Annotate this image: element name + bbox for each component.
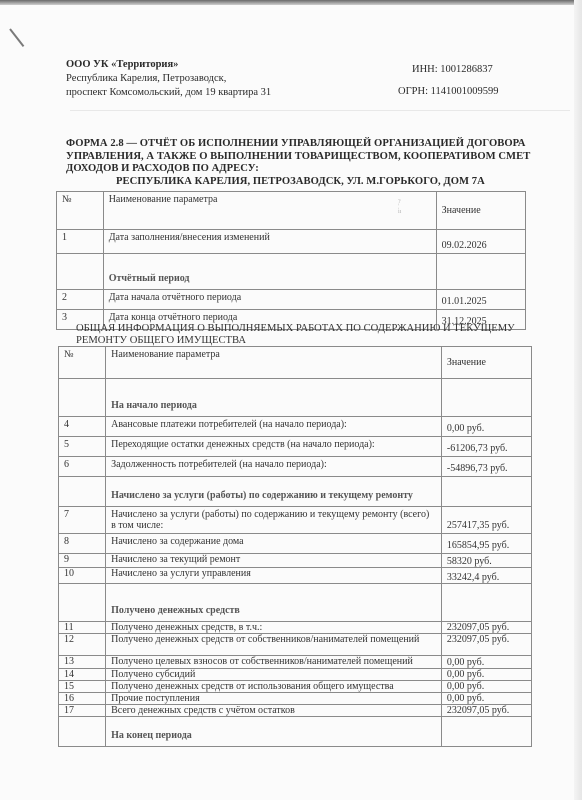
table-row: 8 Начислено за содержание дома 165854,95…: [59, 534, 532, 554]
row-num: 14: [59, 669, 106, 681]
row-value: 58320 руб.: [441, 554, 531, 568]
section-row: Начислено за услуги (работы) по содержан…: [59, 477, 532, 507]
table-row: 17 Всего денежных средств с учётом остат…: [59, 705, 532, 717]
row-num: 2: [57, 290, 104, 310]
row-value: 01.01.2025: [436, 290, 525, 310]
row-value: 232097,05 руб.: [441, 622, 531, 634]
row-value: -54896,73 руб.: [441, 457, 531, 477]
section-row: Отчётный период: [57, 254, 526, 290]
row-value: 0,00 руб.: [441, 681, 531, 693]
row-value: [436, 254, 525, 290]
row-name: Дата начала отчётного периода: [103, 290, 436, 310]
row-name: Получено денежных средств от использован…: [106, 681, 442, 693]
row-value: 0,00 руб.: [441, 669, 531, 681]
org-registration: ИНН: 1001286837 ОГРН: 1141001009599: [412, 64, 498, 97]
header-value: Значение: [441, 347, 531, 379]
table-row: 11 Получено денежных средств, в т.ч.: 23…: [59, 622, 532, 634]
row-num: [59, 717, 106, 747]
row-name: Всего денежных средств с учётом остатков: [106, 705, 442, 717]
row-num: 7: [59, 507, 106, 534]
table-row: 12 Получено денежных средств от собствен…: [59, 634, 532, 656]
form-title-text: ФОРМА 2.8 — ОТЧЁТ ОБ ИСПОЛНЕНИИ УПРАВЛЯЮ…: [66, 138, 530, 174]
row-value: 257417,35 руб.: [441, 507, 531, 534]
table-row: 6 Задолженность потребителей (на начало …: [59, 457, 532, 477]
section-row: На конец периода: [59, 717, 532, 747]
table-row: 4 Авансовые платежи потребителей (на нач…: [59, 417, 532, 437]
maintenance-info-table: № Наименование параметра Значение На нач…: [58, 346, 532, 747]
table-row: 2 Дата начала отчётного периода 01.01.20…: [57, 290, 526, 310]
row-num: 6: [59, 457, 106, 477]
section-label: Отчётный период: [103, 254, 436, 290]
inn: ИНН: 1001286837: [412, 64, 498, 75]
row-value: [441, 379, 531, 417]
row-name: Авансовые платежи потребителей (на начал…: [106, 417, 442, 437]
row-name: Начислено за содержание дома: [106, 534, 442, 554]
header-value: Значение: [436, 192, 525, 230]
row-num: 4: [59, 417, 106, 437]
header-num: №: [59, 347, 106, 379]
scan-right-edge: [574, 0, 582, 800]
row-name: Прочие поступления: [106, 693, 442, 705]
table-row: 10 Начислено за услуги управления 33242,…: [59, 568, 532, 584]
row-name: Дата заполнения/внесения изменений: [103, 230, 436, 254]
row-name: Получено денежных средств, в т.ч.:: [106, 622, 442, 634]
section-label: Получено денежных средств: [106, 584, 442, 622]
section-row: Получено денежных средств: [59, 584, 532, 622]
form-address: РЕСПУБЛИКА КАРЕЛИЯ, ПЕТРОЗАВОДСК, УЛ. М.…: [66, 176, 536, 189]
table-header-row: № Наименование параметра Значение: [57, 192, 526, 230]
row-num: 17: [59, 705, 106, 717]
table-row: 15 Получено денежных средств от использо…: [59, 681, 532, 693]
row-value: 165854,95 руб.: [441, 534, 531, 554]
header-divider: [70, 110, 570, 111]
row-num: 16: [59, 693, 106, 705]
table-row: 9 Начислено за текущий ремонт 58320 руб.: [59, 554, 532, 568]
section-label: Начислено за услуги (работы) по содержан…: [106, 477, 442, 507]
row-name: Начислено за текущий ремонт: [106, 554, 442, 568]
row-name: Начислено за услуги управления: [106, 568, 442, 584]
row-num: 9: [59, 554, 106, 568]
table-row: 1 Дата заполнения/внесения изменений 09.…: [57, 230, 526, 254]
row-name: Получено целевых взносов от собственнико…: [106, 656, 442, 669]
header-name: Наименование параметра: [103, 192, 436, 230]
row-value: [441, 477, 531, 507]
row-num: 13: [59, 656, 106, 669]
row-num: [59, 584, 106, 622]
table-row: 13 Получено целевых взносов от собственн…: [59, 656, 532, 669]
row-name: Получено субсидий: [106, 669, 442, 681]
row-num: 15: [59, 681, 106, 693]
table-row: 16 Прочие поступления 0,00 руб.: [59, 693, 532, 705]
row-value: -61206,73 руб.: [441, 437, 531, 457]
row-num: 1: [57, 230, 104, 254]
table-row: 14 Получено субсидий 0,00 руб.: [59, 669, 532, 681]
table-header-row: № Наименование параметра Значение: [59, 347, 532, 379]
ogrn: ОГРН: 1141001009599: [398, 86, 498, 97]
pen-mark: [9, 28, 24, 47]
row-value: [441, 717, 531, 747]
row-value: 232097,05 руб.: [441, 634, 531, 656]
section-label: На начало периода: [106, 379, 442, 417]
row-num: [59, 477, 106, 507]
row-num: 11: [59, 622, 106, 634]
table-row: 7 Начислено за услуги (работы) по содерж…: [59, 507, 532, 534]
header-name: Наименование параметра: [106, 347, 442, 379]
row-value: 0,00 руб.: [441, 417, 531, 437]
row-name: Переходящие остатки денежных средств (на…: [106, 437, 442, 457]
form-title: ФОРМА 2.8 — ОТЧЁТ ОБ ИСПОЛНЕНИИ УПРАВЛЯЮ…: [66, 138, 536, 188]
row-value: [441, 584, 531, 622]
row-value: 0,00 руб.: [441, 656, 531, 669]
row-num: 12: [59, 634, 106, 656]
row-num: 10: [59, 568, 106, 584]
row-num: [57, 254, 104, 290]
section-label: На конец периода: [106, 717, 442, 747]
row-value: 09.02.2026: [436, 230, 525, 254]
row-num: 5: [59, 437, 106, 457]
section-row: На начало периода: [59, 379, 532, 417]
reporting-period-table: № Наименование параметра Значение 1 Дата…: [56, 191, 526, 330]
scan-top-edge: [0, 0, 582, 5]
row-value: 232097,05 руб.: [441, 705, 531, 717]
row-name: Задолженность потребителей (на начало пе…: [106, 457, 442, 477]
section-heading: ОБЩАЯ ИНФОРМАЦИЯ О ВЫПОЛНЯЕМЫХ РАБОТАХ П…: [76, 323, 536, 347]
row-name: Начислено за услуги (работы) по содержан…: [106, 507, 442, 534]
row-value: 33242,4 руб.: [441, 568, 531, 584]
row-num: [59, 379, 106, 417]
row-name: Получено денежных средств от собственник…: [106, 634, 442, 656]
row-num: 8: [59, 534, 106, 554]
table-row: 5 Переходящие остатки денежных средств (…: [59, 437, 532, 457]
row-value: 0,00 руб.: [441, 693, 531, 705]
header-num: №: [57, 192, 104, 230]
